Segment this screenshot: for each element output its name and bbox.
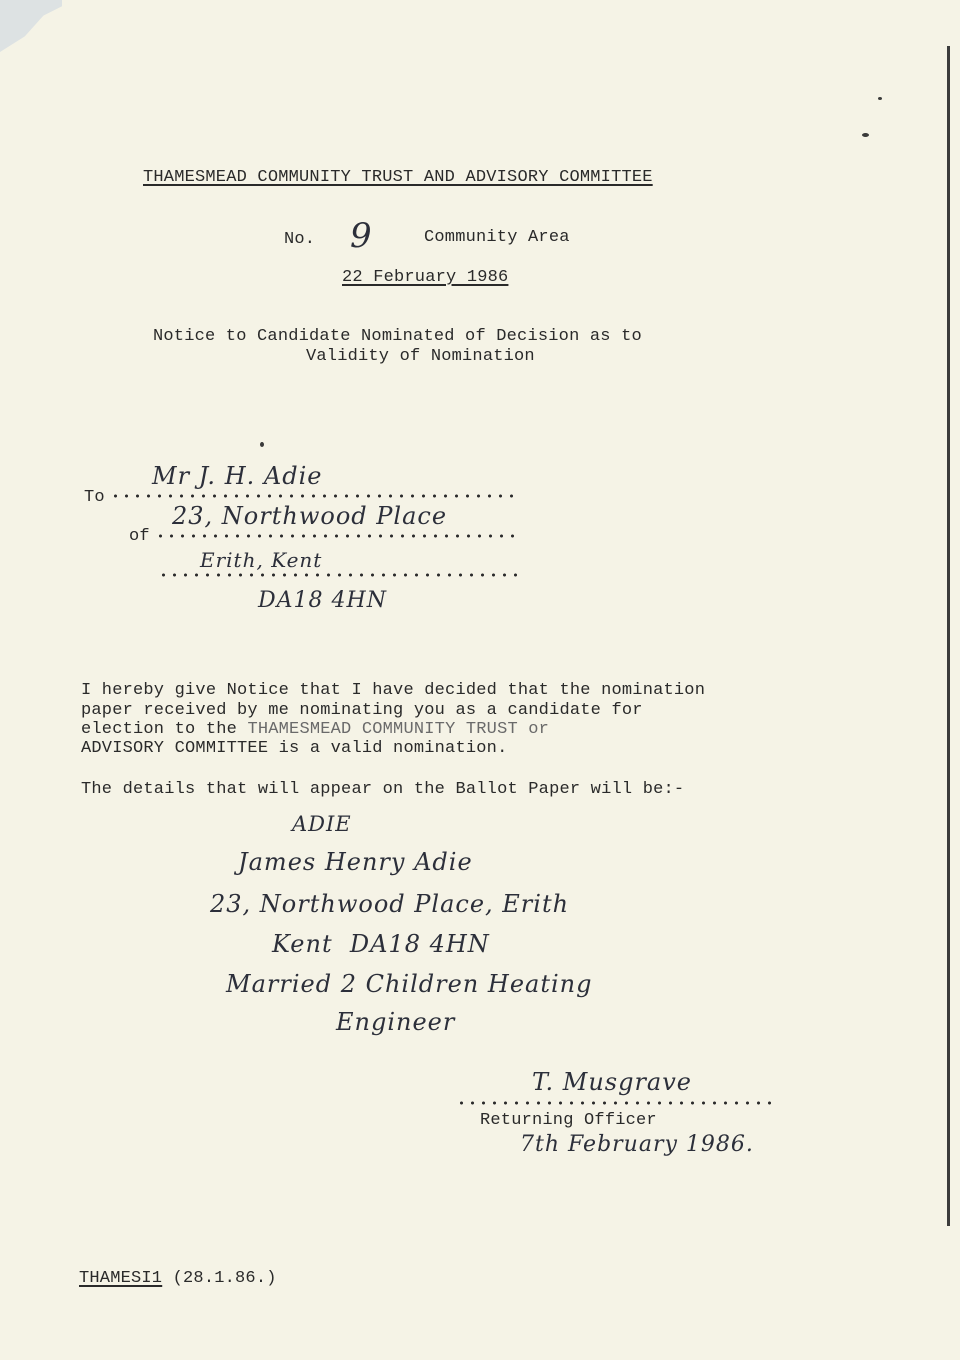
signature-date: 7th February 1986. <box>520 1132 754 1157</box>
body-line4: ADVISORY COMMITTEE is a valid nomination… <box>81 739 507 758</box>
notice-title-line2: Validity of Nomination <box>306 347 535 366</box>
form-reference: THAMESI1 (28.1.86.) <box>79 1269 277 1288</box>
paper-corner-fold <box>0 0 62 52</box>
ballot-postcode: Kent DA18 4HN <box>272 930 490 958</box>
paper-speck <box>260 442 264 447</box>
body-line1: I hereby give Notice that I have decided… <box>81 681 705 700</box>
returning-officer-signature: T. Musgrave <box>532 1068 692 1096</box>
address-dotted-line <box>158 573 518 577</box>
form-ref-code: THAMESI1 <box>79 1269 162 1288</box>
paper-speck <box>878 97 882 100</box>
body-line3: election to the THAMESMEAD COMMUNITY TRU… <box>81 720 549 739</box>
ballot-description: Married 2 Children Heating <box>226 970 592 998</box>
ballot-occupation: Engineer <box>336 1008 455 1036</box>
address-line1: 23, Northwood Place <box>172 502 447 530</box>
addressee-name: Mr J. H. Adie <box>152 462 322 490</box>
body-line3-prefix: election to the <box>81 720 247 739</box>
community-area-label: Community Area <box>424 228 570 247</box>
ballot-intro: The details that will appear on the Ball… <box>81 780 684 799</box>
paper-speck <box>862 133 869 137</box>
number-label: No. <box>284 230 315 249</box>
address-line2: Erith, Kent <box>200 548 322 572</box>
ballot-surname: ADIE <box>292 812 352 836</box>
form-ref-date: (28.1.86.) <box>173 1269 277 1288</box>
notice-date: 22 February 1986 <box>342 268 508 287</box>
notice-title-line1: Notice to Candidate Nominated of Decisio… <box>153 327 642 346</box>
of-label: of <box>129 527 150 546</box>
organisation-heading: THAMESMEAD COMMUNITY TRUST AND ADVISORY … <box>143 168 653 187</box>
address-postcode: DA18 4HN <box>258 588 387 613</box>
ballot-address: 23, Northwood Place, Erith <box>210 890 569 918</box>
body-line3-faded: THAMESMEAD COMMUNITY TRUST or <box>247 720 549 739</box>
margin-rule <box>947 46 950 1226</box>
to-dotted-line <box>110 494 518 498</box>
to-label: To <box>84 488 105 507</box>
ballot-full-name: James Henry Adie <box>238 848 473 876</box>
body-line2: paper received by me nominating you as a… <box>81 701 643 720</box>
area-number: 9 <box>350 216 373 256</box>
signature-dotted-line <box>456 1101 776 1105</box>
returning-officer-label: Returning Officer <box>480 1111 657 1130</box>
of-dotted-line <box>155 534 518 538</box>
